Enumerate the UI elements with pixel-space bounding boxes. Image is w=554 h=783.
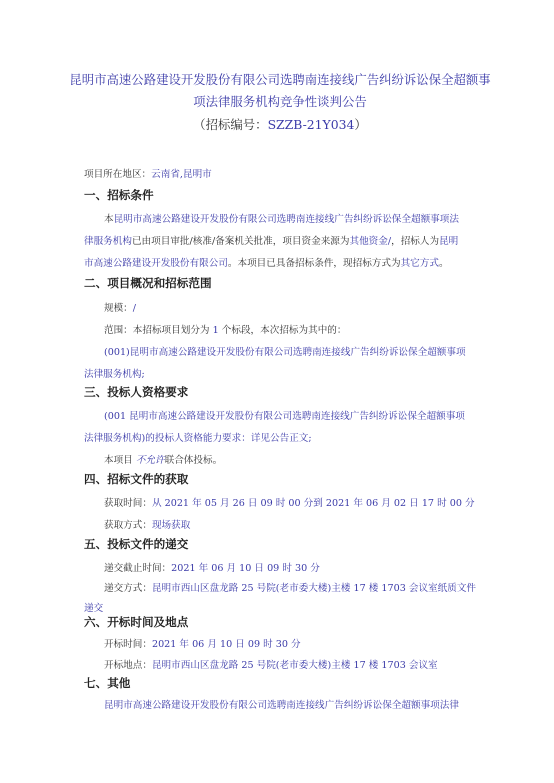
region-label: 项目所在地区： (84, 169, 151, 180)
project-region: 项目所在地区：云南省,昆明市 (84, 166, 212, 180)
label: 获取方式： (104, 520, 152, 531)
tenderer: 昆明 (439, 236, 458, 247)
qualification-line-2: 法律服务机构)的投标人资格能力要求：详见公告正文; (84, 430, 312, 444)
value: 2021 年 06 月 10 日 09 时 30 分 (152, 639, 301, 650)
text: 个标段，本次招标为其中的： (222, 325, 347, 336)
text: 范围：本招标项目划分为 (104, 325, 210, 336)
submit-method-cont: 递交 (84, 600, 103, 614)
section-2-heading: 二、项目概况和招标范围 (84, 275, 212, 291)
label: 规模： (104, 303, 133, 314)
label: 递交截止时间： (104, 563, 171, 574)
scope-line: 范围：本招标项目划分为 1 个标段，本次招标为其中的： (104, 322, 346, 336)
value: 昆明市西山区盘龙路 25 号院(老市委大楼)主楼 17 楼 1703 会议室 (152, 660, 438, 671)
submit-deadline: 递交截止时间：2021 年 06 月 10 日 09 时 30 分 (104, 560, 320, 574)
lot-line-1: (001)昆明市高速公路建设开发股份有限公司选聘南连接线广告纠纷诉讼保全超额事项 (104, 344, 466, 358)
section-4-heading: 四、招标文件的获取 (84, 471, 188, 487)
other-text: 昆明市高速公路建设开发股份有限公司选聘南连接线广告纠纷诉讼保全超额事项法律 (104, 697, 459, 711)
project-name: 昆明市高速公路建设开发股份有限公司选聘南连接线广告纠纷诉讼保全超额事项法 (114, 214, 459, 225)
tender-method: 其它方式 (401, 258, 439, 269)
text: 。 (439, 258, 449, 269)
label: 获取时间： (104, 498, 152, 509)
code-prefix: （招标编号： (193, 117, 267, 132)
acquire-method: 获取方式：现场获取 (104, 517, 190, 531)
lot-count: 1 (213, 325, 219, 336)
text: 。本项目已具备招标条件，现招标方式为 (228, 258, 401, 269)
s1-para-line-3: 市高速公路建设开发股份有限公司。本项目已具备招标条件，现招标方式为其它方式。 (84, 255, 449, 269)
project-name: 律服务机构 (84, 236, 132, 247)
document-page: 昆明市高速公路建设开发股份有限公司选聘南连接线广告纠纷诉讼保全超额事 项法律服务… (0, 0, 554, 783)
open-time: 开标时间：2021 年 06 月 10 日 09 时 30 分 (104, 636, 301, 650)
doc-title-line-2: 项法律服务机构竞争性谈判公告 (60, 92, 500, 110)
value: 2021 年 06 月 10 日 09 时 30 分 (171, 563, 320, 574)
open-place: 开标地点：昆明市西山区盘龙路 25 号院(老市委大楼)主楼 17 楼 1703 … (104, 657, 438, 671)
joint-bid-status: 不允许 (136, 455, 165, 466)
section-1-heading: 一、招标条件 (84, 187, 154, 203)
region-value: 云南省,昆明市 (151, 169, 212, 180)
code-suffix: ） (354, 117, 366, 132)
qualification-line-1: (001 昆明市高速公路建设开发股份有限公司选聘南连接线广告纠纷诉讼保全超额事项 (104, 408, 465, 422)
value: 从 2021 年 05 月 26 日 09 时 00 分到 2021 年 06 … (152, 498, 475, 509)
label: 递交方式： (104, 583, 152, 594)
s1-para-line-2: 律服务机构已由项目审批/核准/备案机关批准，项目资金来源为其他资金/，招标人为昆… (84, 233, 458, 247)
value: 现场获取 (152, 520, 190, 531)
acquire-time: 获取时间：从 2021 年 05 月 26 日 09 时 00 分到 2021 … (104, 495, 475, 509)
doc-title-line-1: 昆明市高速公路建设开发股份有限公司选聘南连接线广告纠纷诉讼保全超额事 (60, 70, 500, 88)
s1-para-line-1: 本昆明市高速公路建设开发股份有限公司选聘南连接线广告纠纷诉讼保全超额事项法 (104, 211, 459, 225)
text: ，招标人为 (391, 236, 439, 247)
section-3-heading: 三、投标人资格要求 (84, 384, 188, 400)
text: 本项目 (104, 455, 133, 466)
tender-code: （招标编号：SZZB-21Y034） (60, 115, 500, 133)
scale-line: 规模：/ (104, 300, 136, 314)
lot-line-2: 法律服务机构; (84, 366, 145, 380)
fund-source: 其他资金/ (350, 236, 392, 247)
section-5-heading: 五、投标文件的递交 (84, 536, 188, 552)
submit-method: 递交方式：昆明市西山区盘龙路 25 号院(老市委大楼)主楼 17 楼 1703 … (104, 580, 476, 594)
tenderer: 市高速公路建设开发股份有限公司 (84, 258, 228, 269)
text: 已由项目审批/核准/备案机关批准，项目资金来源为 (132, 236, 350, 247)
label: 开标时间： (104, 639, 152, 650)
section-6-heading: 六、开标时间及地点 (84, 614, 188, 630)
section-7-heading: 七、其他 (84, 675, 130, 691)
label: 开标地点： (104, 660, 152, 671)
value: / (133, 303, 136, 314)
text: 本 (104, 214, 114, 225)
text: 联合体投标。 (165, 455, 223, 466)
code-value: SZZB-21Y034 (268, 117, 355, 132)
value: 昆明市西山区盘龙路 25 号院(老市委大楼)主楼 17 楼 1703 会议室纸质… (152, 583, 476, 594)
joint-bid-line: 本项目 不允许联合体投标。 (104, 452, 222, 466)
